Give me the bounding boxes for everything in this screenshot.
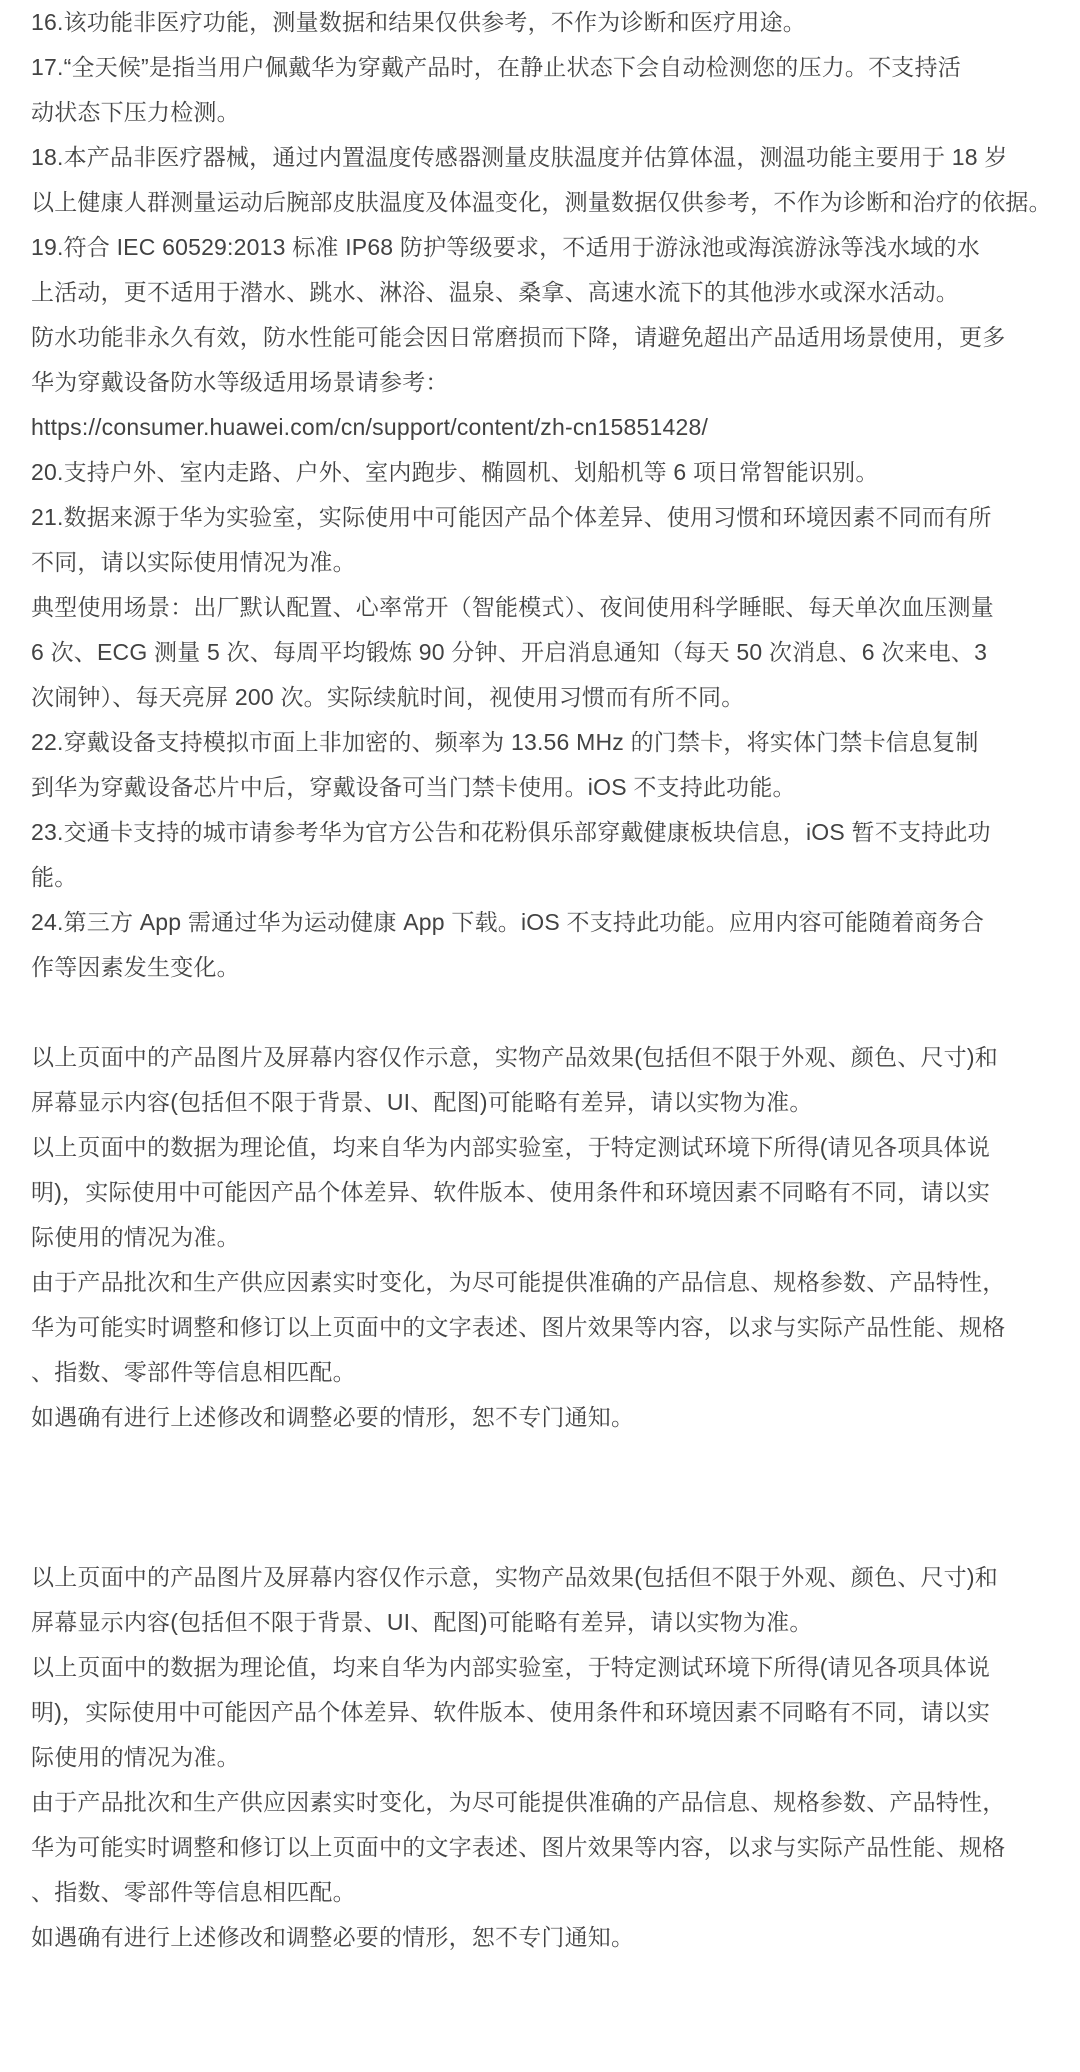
notes-line: 不同，请以实际使用情况为准。 [31, 540, 1080, 585]
notes-line: 动状态下压力检测。 [31, 90, 1080, 135]
notes-line: 典型使用场景：出厂默认配置、心率常开（智能模式）、夜间使用科学睡眠、每天单次血压… [31, 585, 1080, 630]
notes-line: 际使用的情况为准。 [31, 1215, 1080, 1260]
notes-line: 19.符合 IEC 60529:2013 标准 IP68 防护等级要求，不适用于… [31, 225, 1080, 270]
notes-line: 17.“全天候”是指当用户佩戴华为穿戴产品时，在静止状态下会自动检测您的压力。不… [31, 45, 1080, 90]
notes-line: 际使用的情况为准。 [31, 1735, 1080, 1780]
notes-line: 明)，实际使用中可能因产品个体差异、软件版本、使用条件和环境因素不同略有不同，请… [31, 1170, 1080, 1215]
notes-line: 上活动，更不适用于潜水、跳水、淋浴、温泉、桑拿、高速水流下的其他涉水或深水活动。 [31, 270, 1080, 315]
notes-line: 以上健康人群测量运动后腕部皮肤温度及体温变化，测量数据仅供参考，不作为诊断和治疗… [31, 180, 1080, 225]
notes-line: 以上页面中的数据为理论值，均来自华为内部实验室，于特定测试环境下所得(请见各项具… [31, 1645, 1080, 1690]
notes-line: 明)，实际使用中可能因产品个体差异、软件版本、使用条件和环境因素不同略有不同，请… [31, 1690, 1080, 1735]
notes-line: 屏幕显示内容(包括但不限于背景、UI、配图)可能略有差异，请以实物为准。 [31, 1080, 1080, 1125]
notes-line: 22.穿戴设备支持模拟市面上非加密的、频率为 13.56 MHz 的门禁卡，将实… [31, 720, 1080, 765]
notes-line: 20.支持户外、室内走路、户外、室内跑步、椭圆机、划船机等 6 项日常智能识别。 [31, 450, 1080, 495]
notes-line: 华为穿戴设备防水等级适用场景请参考： [31, 360, 1080, 405]
notes-line: 如遇确有进行上述修改和调整必要的情形，恕不专门通知。 [31, 1395, 1080, 1440]
notes-line: 如遇确有进行上述修改和调整必要的情形，恕不专门通知。 [31, 1915, 1080, 1960]
blank-line [31, 990, 1080, 1035]
notes-line: 由于产品批次和生产供应因素实时变化，为尽可能提供准确的产品信息、规格参数、产品特… [31, 1780, 1080, 1825]
notes-line: 华为可能实时调整和修订以上页面中的文字表述、图片效果等内容，以求与实际产品性能、… [31, 1825, 1080, 1870]
notes-line: 作等因素发生变化。 [31, 945, 1080, 990]
notes-line: 以上页面中的产品图片及屏幕内容仅作示意，实物产品效果(包括但不限于外观、颜色、尺… [31, 1555, 1080, 1600]
notes-line: 防水功能非永久有效，防水性能可能会因日常磨损而下降，请避免超出产品适用场景使用，… [31, 315, 1080, 360]
notes-line: 21.数据来源于华为实验室，实际使用中可能因产品个体差异、使用习惯和环境因素不同… [31, 495, 1080, 540]
notes-line: 华为可能实时调整和修订以上页面中的文字表述、图片效果等内容，以求与实际产品性能、… [31, 1305, 1080, 1350]
notes-line: 屏幕显示内容(包括但不限于背景、UI、配图)可能略有差异，请以实物为准。 [31, 1600, 1080, 1645]
notes-line: 、指数、零部件等信息相匹配。 [31, 1350, 1080, 1395]
section-gap [31, 1485, 1080, 1555]
notes-line: 到华为穿戴设备芯片中后，穿戴设备可当门禁卡使用。iOS 不支持此功能。 [31, 765, 1080, 810]
notes-line: 以上页面中的产品图片及屏幕内容仅作示意，实物产品效果(包括但不限于外观、颜色、尺… [31, 1035, 1080, 1080]
product-notes-text-block: 16.该功能非医疗功能，测量数据和结果仅供参考，不作为诊断和医疗用途。17.“全… [0, 0, 1080, 1960]
notes-line: 18.本产品非医疗器械，通过内置温度传感器测量皮肤温度并估算体温，测温功能主要用… [31, 135, 1080, 180]
notes-line: 6 次、ECG 测量 5 次、每周平均锻炼 90 分钟、开启消息通知（每天 50… [31, 630, 1080, 675]
notes-line: 以上页面中的数据为理论值，均来自华为内部实验室，于特定测试环境下所得(请见各项具… [31, 1125, 1080, 1170]
notes-line: 24.第三方 App 需通过华为运动健康 App 下载。iOS 不支持此功能。应… [31, 900, 1080, 945]
support-url-text: https://consumer.huawei.com/cn/support/c… [31, 405, 1080, 450]
notes-line: 23.交通卡支持的城市请参考华为官方公告和花粉俱乐部穿戴健康板块信息，iOS 暂… [31, 810, 1080, 855]
page: { "page": { "background_color": "#ffffff… [0, 0, 1080, 2072]
notes-line: 能。 [31, 855, 1080, 900]
blank-line [31, 1440, 1080, 1485]
notes-line: 次闹钟）、每天亮屏 200 次。实际续航时间，视使用习惯而有所不同。 [31, 675, 1080, 720]
notes-line: 、指数、零部件等信息相匹配。 [31, 1870, 1080, 1915]
notes-line: 由于产品批次和生产供应因素实时变化，为尽可能提供准确的产品信息、规格参数、产品特… [31, 1260, 1080, 1305]
notes-line: 16.该功能非医疗功能，测量数据和结果仅供参考，不作为诊断和医疗用途。 [31, 0, 1080, 45]
